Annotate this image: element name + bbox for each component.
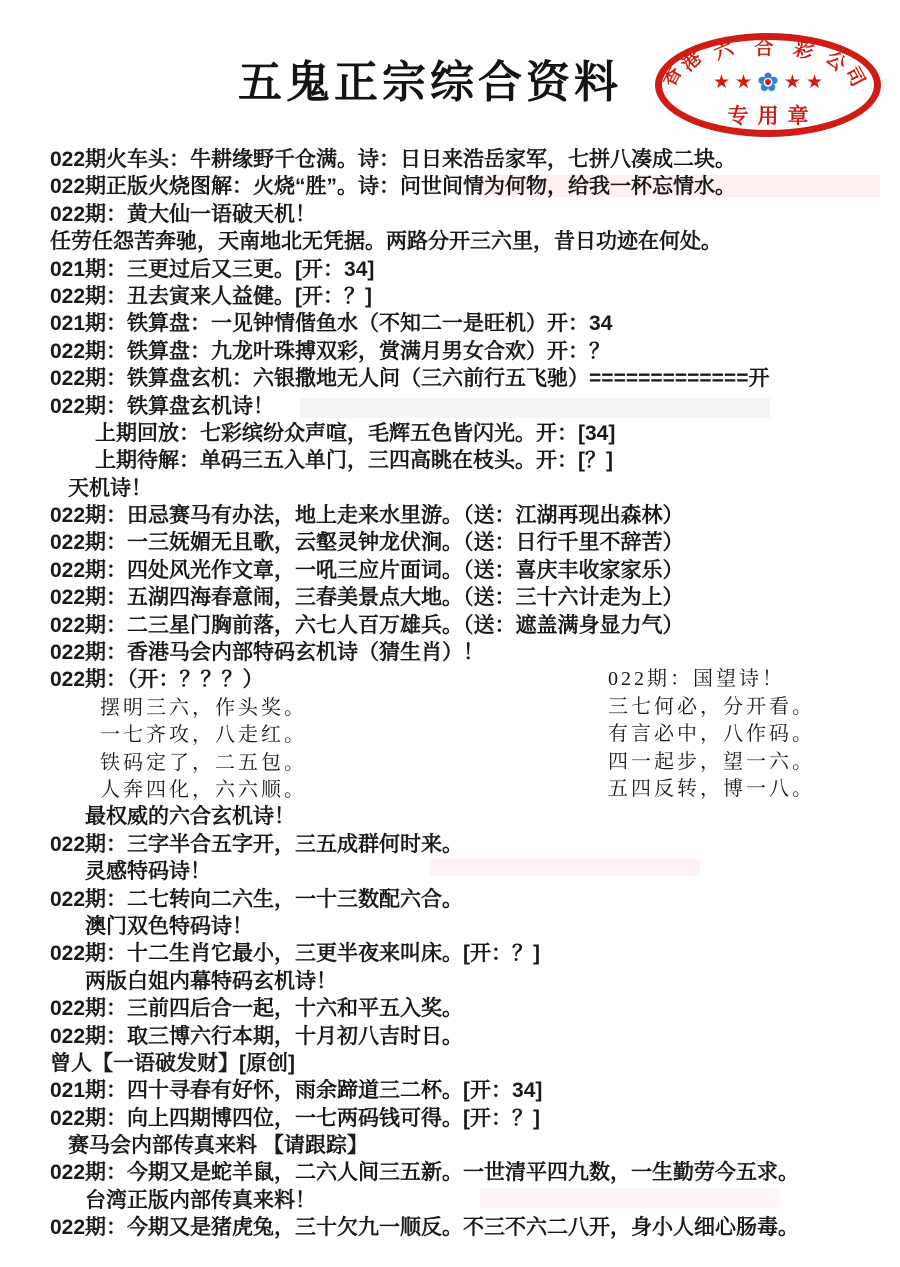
text-line: 上期回放：七彩缤纷众声喧，毛辉五色皆闪光。开：[34] <box>0 420 900 447</box>
stamp-stars-row: ★★✿★★ <box>662 72 874 94</box>
bauhinia-flower-icon: ✿ <box>757 71 779 93</box>
text-line: 022期正版火烧图解：火烧“胜”。诗：问世间情为何物，给我一杯忘情水。 <box>0 173 900 200</box>
text-line: 022期：取三博六行本期，十月初八吉时日。 <box>0 1023 900 1050</box>
text-line: 022期：十二生肖它最小，三更半夜来叫床。[开：？] <box>0 940 900 967</box>
right-column-text: 五四反转，博一八。 <box>608 776 815 803</box>
text-line: 澳门双色特码诗！ <box>0 913 900 940</box>
text-line: 022期：今期又是蛇羊鼠，二六人间三五新。一世清平四九数，一生勤劳今五求。 <box>0 1159 900 1186</box>
text-line: 最权威的六合玄机诗！ <box>0 803 900 830</box>
left-column-text: 摆明三六，作头奖。 <box>0 695 307 722</box>
star-icon: ★ <box>713 72 730 94</box>
text-line: 022期：香港马会内部特码玄机诗（猜生肖）！ <box>0 639 900 666</box>
right-column-text: 有言必中，八作码。 <box>608 721 815 748</box>
left-column-text: 人奔四化，六六顺。 <box>0 777 307 804</box>
text-line: 两版白姐内幕特码玄机诗！ <box>0 968 900 995</box>
text-line: 022期：丑去寅来人益健。[开：？] <box>0 283 900 310</box>
document-body: 022期火车头：牛耕缘野千仓满。诗：日日来浩岳家军，七拼八凑成二块。022期正版… <box>0 146 900 1242</box>
right-column-text: 四一起步，望一六。 <box>608 749 815 776</box>
text-line: 022期：向上四期博四位，一七两码钱可得。[开：？] <box>0 1105 900 1132</box>
left-column-text: 022期：（开：？？？） <box>0 666 264 693</box>
stamp-bottom-text: 专用章 <box>662 100 874 130</box>
star-icon: ★ <box>735 72 752 94</box>
stamp-arc-char: 六 <box>711 39 737 65</box>
text-line: 曾人【一语破发财】[原创] <box>0 1050 900 1077</box>
text-line: 021期：四十寻春有好怀，雨余蹄道三二杯。[开：34] <box>0 1077 900 1104</box>
star-icon: ★ <box>784 72 801 94</box>
text-line: 021期：三更过后又三更。[开：34] <box>0 256 900 283</box>
page-title: 五鬼正宗综合资料 <box>238 46 622 110</box>
text-line: 台湾正版内部传真来料！ <box>0 1187 900 1214</box>
text-line: 022期：四处风光作文章，一吼三应片面词。（送：喜庆丰收家家乐） <box>0 557 900 584</box>
two-column-row: 人奔四化，六六顺。五四反转，博一八。 <box>0 776 900 803</box>
star-icon: ★ <box>806 72 823 94</box>
text-line: 天机诗！ <box>0 475 900 502</box>
two-column-row: 摆明三六，作头奖。三七何必，分开看。 <box>0 694 900 721</box>
text-line: 022期：铁算盘：九龙叶珠搏双彩，赏满月男女合欢）开：？ <box>0 338 900 365</box>
right-column-text: 022期：国望诗！ <box>608 666 785 693</box>
two-column-row: 铁码定了，二五包。四一起步，望一六。 <box>0 749 900 776</box>
text-line: 022期：三前四后合一起，十六和平五入奖。 <box>0 995 900 1022</box>
text-line: 021期：铁算盘：一见钟情偕鱼水（不知二一是旺机）开：34 <box>0 310 900 337</box>
two-column-row: 022期：（开：？？？）022期：国望诗！ <box>0 666 900 693</box>
text-line: 赛马会内部传真来料 【请跟踪】 <box>0 1132 900 1159</box>
text-line: 022期：铁算盘玄机：六银撒地无人问（三六前行五飞驰）=============… <box>0 365 900 392</box>
right-column-text: 三七何必，分开看。 <box>608 694 815 721</box>
text-line: 022期：五湖四海春意闹，三春美景点大地。（送：三十六计走为上） <box>0 584 900 611</box>
left-column-text: 一七齐攻，八走红。 <box>0 722 307 749</box>
stamp-arc-char: 彩 <box>790 39 816 65</box>
text-line: 022期：二三星门胸前落，六七人百万雄兵。（送：遮盖满身显力气） <box>0 612 900 639</box>
text-line: 灵感特码诗！ <box>0 858 900 885</box>
stamp-arc-char: 合 <box>754 39 774 59</box>
text-line: 022期：三字半合五字开，三五成群何时来。 <box>0 831 900 858</box>
text-line: 022期：今期又是猪虎兔，三十欠九一顺反。不三不六二八开，身小人细心肠毒。 <box>0 1214 900 1241</box>
text-line: 022期火车头：牛耕缘野千仓满。诗：日日来浩岳家军，七拼八凑成二块。 <box>0 146 900 173</box>
company-stamp: 香港六合彩公司 ★★✿★★ 专用章 <box>655 33 881 137</box>
text-line: 022期：二七转向二六生，一十三数配六合。 <box>0 886 900 913</box>
text-line: 022期：铁算盘玄机诗！ <box>0 393 900 420</box>
text-line: 022期：黄大仙一语破天机！ <box>0 201 900 228</box>
left-column-text: 铁码定了，二五包。 <box>0 750 307 777</box>
text-line: 022期：一三妩媚无且歌，云壑灵钟龙伏涧。（送：日行千里不辞苦） <box>0 529 900 556</box>
text-line: 上期待解：单码三五入单门，三四高眺在枝头。开：[？] <box>0 447 900 474</box>
scanned-lottery-sheet: { "page": { "title": "五鬼正宗综合资料" }, "stam… <box>0 0 900 1267</box>
two-column-row: 一七齐攻，八走红。有言必中，八作码。 <box>0 721 900 748</box>
text-line: 022期：田忌赛马有办法，地上走来水里游。（送：江湖再现出森林） <box>0 502 900 529</box>
text-line: 任劳任怨苦奔驰，天南地北无凭据。两路分开三六里，昔日功迹在何处。 <box>0 228 900 255</box>
